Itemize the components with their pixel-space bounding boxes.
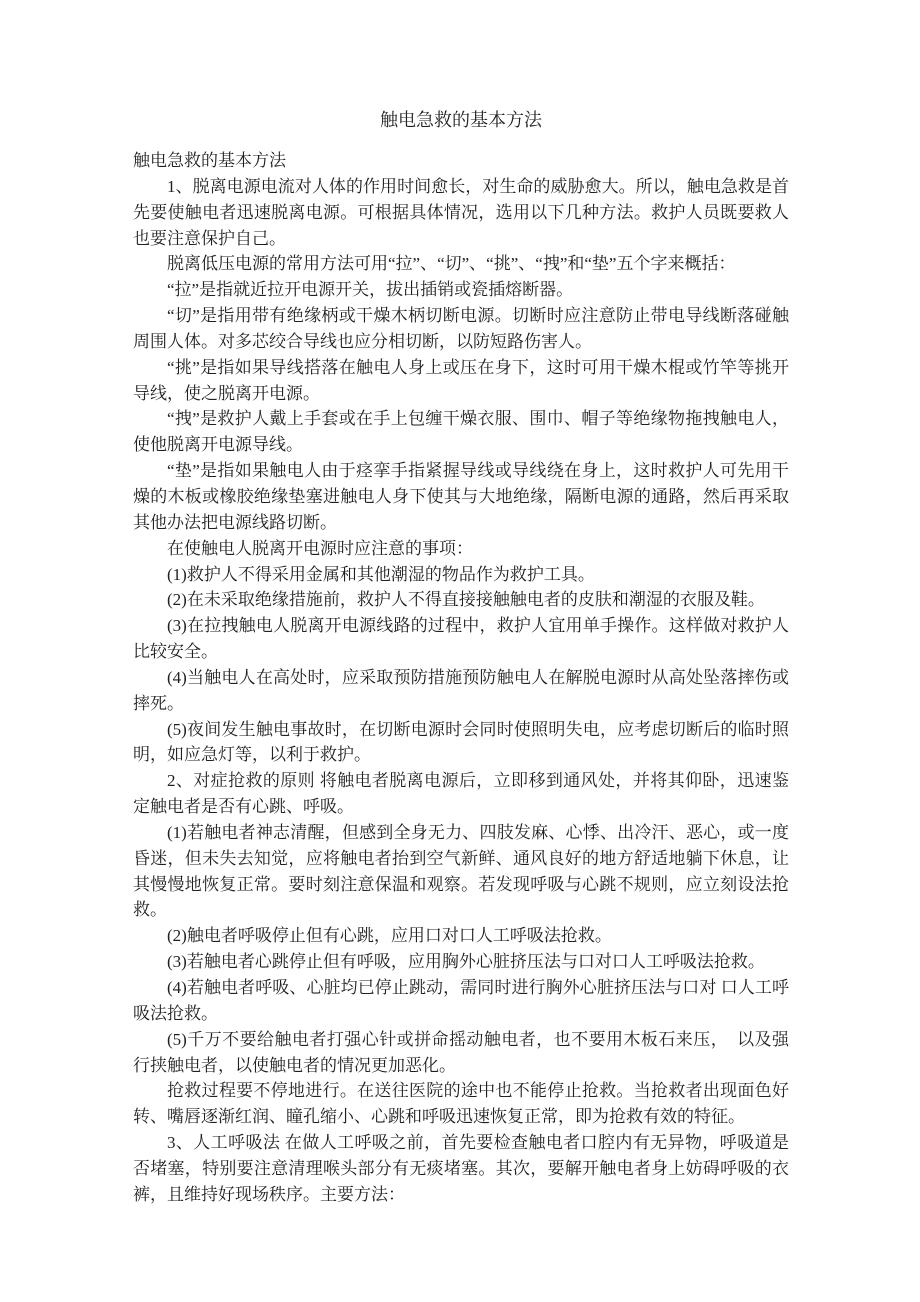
paragraph: 2、对症抢救的原则 将触电者脱离电源后，立即移到通风处，并将其仰卧，迅速鉴定触电… [133, 768, 789, 820]
document-body: 触电急救的基本方法1、脱离电源电流对人体的作用时间愈长，对生命的威胁愈大。所以，… [133, 148, 789, 1208]
paragraph: (3)若触电者心跳停止但有呼吸，应用胸外心脏挤压法与口对口人工呼吸法抢救。 [133, 949, 789, 975]
paragraph: “拉”是指就近拉开电源开关，拔出插销或瓷插熔断器。 [133, 277, 789, 303]
paragraph: (3)在拉拽触电人脱离开电源线路的过程中，救护人宜用单手操作。这样做对救护人比较… [133, 613, 789, 665]
paragraph: (1)若触电者神志清醒，但感到全身无力、四肢发麻、心悸、出冷汗、恶心，或一度昏迷… [133, 820, 789, 923]
paragraph: 3、人工呼吸法 在做人工呼吸之前，首先要检查触电者口腔内有无异物，呼吸道是否堵塞… [133, 1130, 789, 1208]
paragraph: 1、脱离电源电流对人体的作用时间愈长，对生命的威胁愈大。所以，触电急救是首先要使… [133, 174, 789, 252]
paragraph: (5)夜间发生触电事故时，在切断电源时会同时使照明失电，应考虑切断后的临时照明，… [133, 717, 789, 769]
paragraph: (1)救护人不得采用金属和其他潮湿的物品作为救护工具。 [133, 562, 789, 588]
paragraph: “切”是指用带有绝缘柄或干燥木柄切断电源。切断时应注意防止带电导线断落碰触周围人… [133, 303, 789, 355]
paragraph: (2)触电者呼吸停止但有心跳，应用口对口人工呼吸法抢救。 [133, 923, 789, 949]
paragraph: “挑”是指如果导线搭落在触电人身上或压在身下，这时可用干燥木棍或竹竿等挑开导线，… [133, 355, 789, 407]
paragraph: 在使触电人脱离开电源时应注意的事项： [133, 536, 789, 562]
paragraph: (2)在未采取绝缘措施前，救护人不得直接接触触电者的皮肤和潮湿的衣服及鞋。 [133, 587, 789, 613]
paragraph: “拽”是救护人戴上手套或在手上包缠干燥衣服、围巾、帽子等绝缘物拖拽触电人，使他脱… [133, 406, 789, 458]
paragraph: 触电急救的基本方法 [133, 148, 789, 174]
document-title: 触电急救的基本方法 [133, 107, 789, 133]
paragraph: “垫”是指如果触电人由于痉挛手指紧握导线或导线绕在身上，这时救护人可先用干燥的木… [133, 458, 789, 536]
paragraph: 脱离低压电源的常用方法可用“拉”、“切”、“挑”、“拽”和“垫”五个字来概括： [133, 251, 789, 277]
paragraph: (5)千万不要给触电者打强心针或拼命摇动触电者，也不要用木板石来压， 以及强行挟… [133, 1027, 789, 1079]
paragraph: 抢救过程要不停地进行。在送往医院的途中也不能停止抢救。当抢救者出现面色好转、嘴唇… [133, 1078, 789, 1130]
paragraph: (4)若触电者呼吸、心脏均已停止跳动，需同时进行胸外心脏挤压法与口对 口人工呼吸… [133, 975, 789, 1027]
document-page: 触电急救的基本方法 触电急救的基本方法1、脱离电源电流对人体的作用时间愈长，对生… [0, 0, 920, 1302]
paragraph: (4)当触电人在高处时，应采取预防措施预防触电人在解脱电源时从高处坠落摔伤或摔死… [133, 665, 789, 717]
